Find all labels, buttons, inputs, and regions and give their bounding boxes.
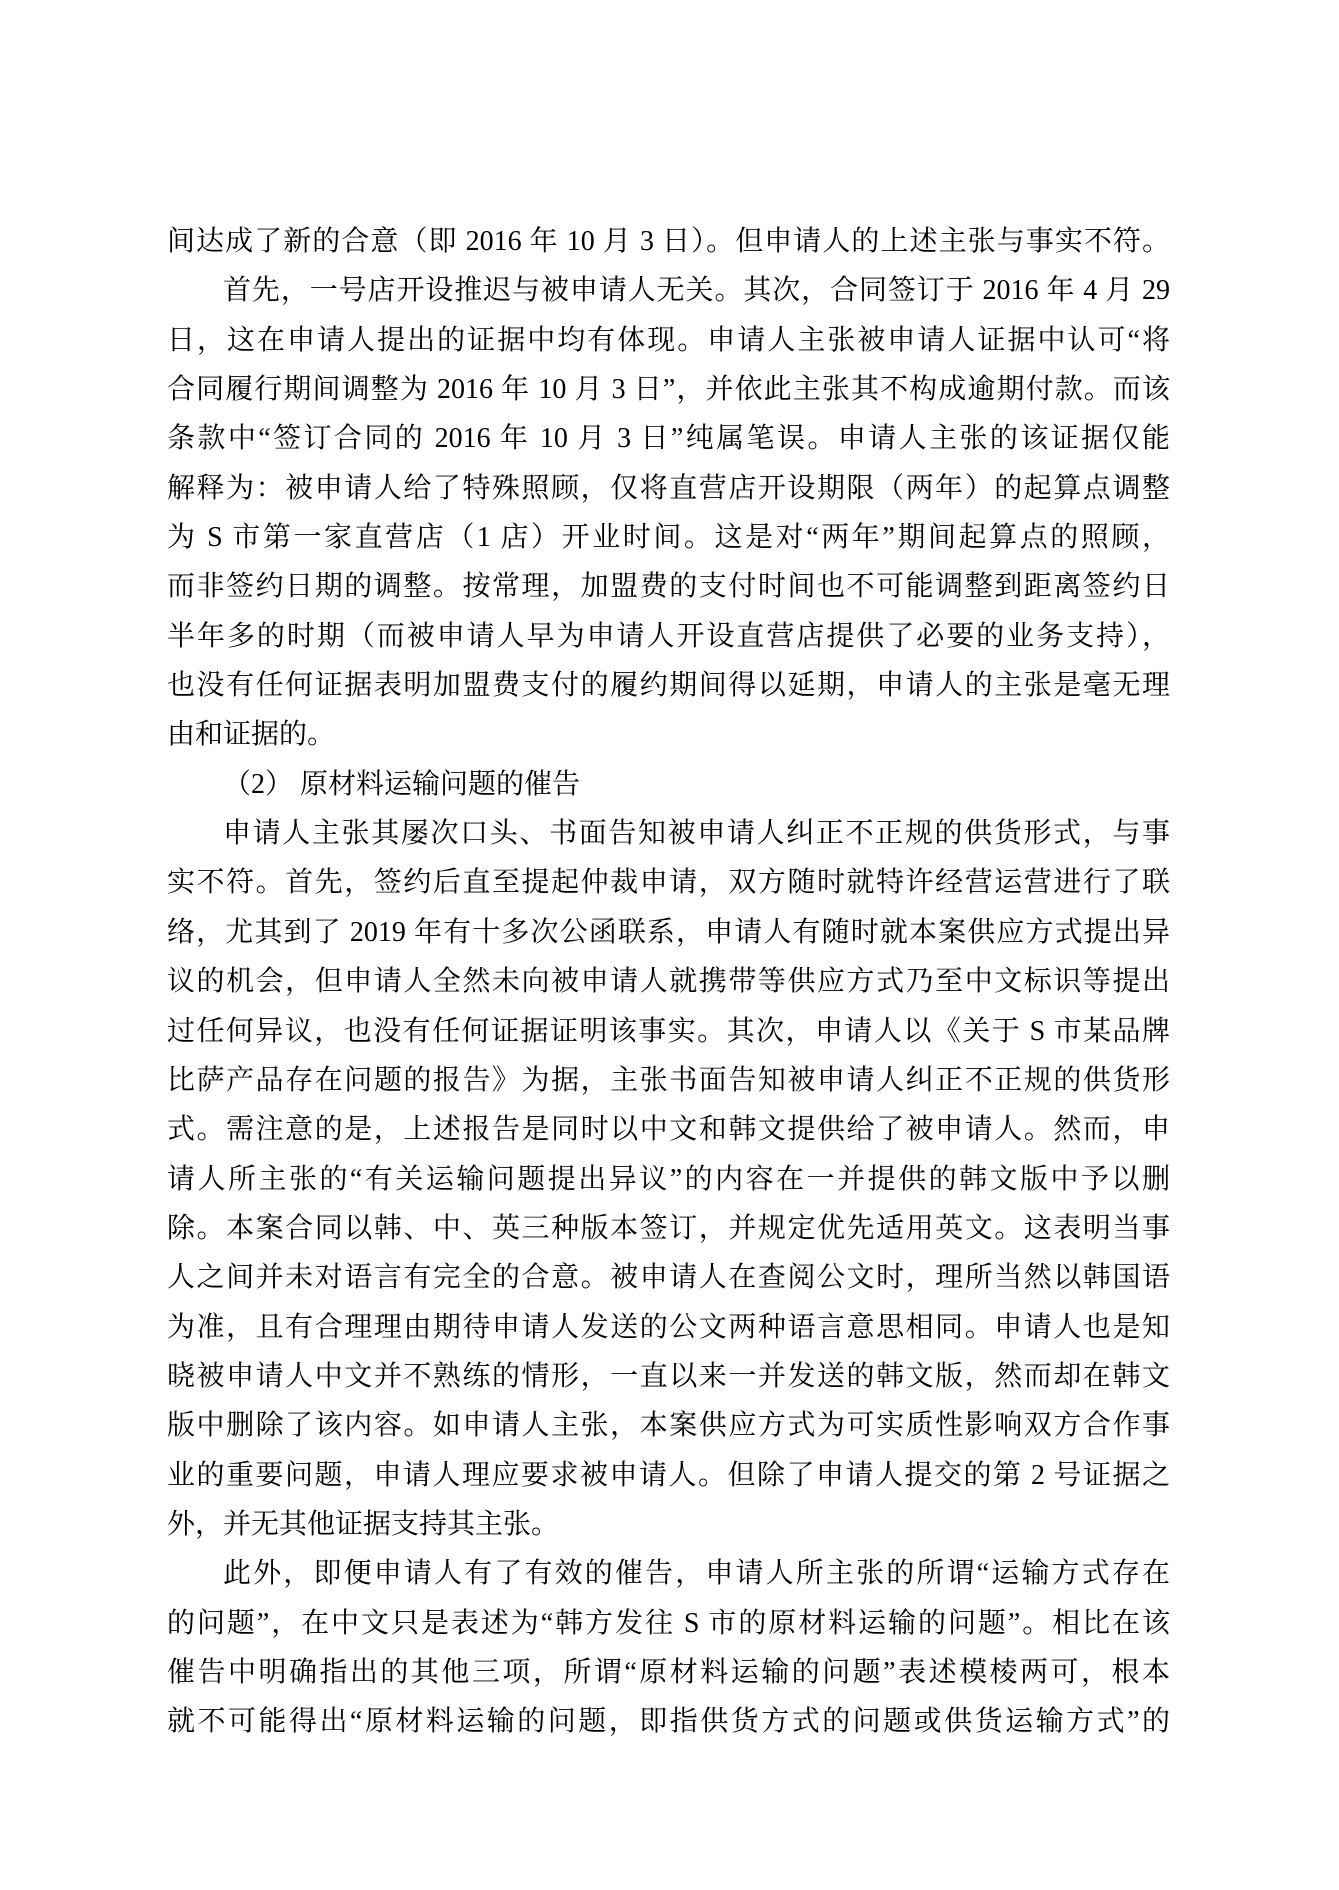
text-line: 合同履行期间调整为 2016 年 10 月 3 日”，并依此主张其不构成逾期付款… [167,365,1170,414]
text-line: 的问题”，在中文只是表述为“韩方发往 S 市的原材料运输的问题”。相比在该 [167,1599,1170,1648]
text-line: 议的机会，但申请人全然未向被申请人就携带等供应方式乃至中文标识等提出 [167,957,1170,1006]
text-line: 间达成了新的合意（即 2016 年 10 月 3 日）。但申请人的上述主张与事实… [167,217,1170,266]
text-line: 也没有任何证据表明加盟费支付的履约期间得以延期，申请人的主张是毫无理 [167,661,1170,710]
text-line: 实不符。首先，签约后直至提起仲裁申请，双方随时就特许经营运营进行了联 [167,858,1170,907]
text-line: 晓被申请人中文并不熟练的情形，一直以来一并发送的韩文版，然而却在韩文 [167,1352,1170,1401]
text-line: 人之间并未对语言有完全的合意。被申请人在查阅公文时，理所当然以韩国语 [167,1253,1170,1302]
text-line: 解释为：被申请人给了特殊照顾，仅将直营店开设期限（两年）的起算点调整 [167,464,1170,513]
document-page: 间达成了新的合意（即 2016 年 10 月 3 日）。但申请人的上述主张与事实… [0,0,1339,1890]
text-line: 外，并无其他证据支持其主张。 [167,1500,1170,1549]
text-line: 式。需注意的是，上述报告是同时以中文和韩文提供给了被申请人。然而，申 [167,1105,1170,1154]
text-line: 而非签约日期的调整。按常理，加盟费的支付时间也不可能调整到距离签约日 [167,562,1170,611]
text-line: 版中删除了该内容。如申请人主张，本案供应方式为可实质性影响双方合作事 [167,1401,1170,1450]
text-line: 请人所主张的“有关运输问题提出异议”的内容在一并提供的韩文版中予以删 [167,1155,1170,1204]
text-line: 为准，且有合理理由期待申请人发送的公文两种语言意思相同。申请人也是知 [167,1303,1170,1352]
text-line: 日，这在申请人提出的证据中均有体现。申请人主张被申请人证据中认可“将 [167,316,1170,365]
text-body: 间达成了新的合意（即 2016 年 10 月 3 日）。但申请人的上述主张与事实… [167,217,1170,1747]
text-line: 业的重要问题，申请人理应要求被申请人。但除了申请人提交的第 2 号证据之 [167,1451,1170,1500]
text-line: （2） 原材料运输问题的催告 [167,760,1170,809]
text-line: 条款中“签订合同的 2016 年 10 月 3 日”纯属笔误。申请人主张的该证据… [167,414,1170,463]
text-line: 比萨产品存在问题的报告》为据，主张书面告知被申请人纠正不正规的供货形 [167,1056,1170,1105]
text-line: 申请人主张其屡次口头、书面告知被申请人纠正不正规的供货形式，与事 [167,809,1170,858]
text-line: 由和证据的。 [167,710,1170,759]
text-line: 过任何异议，也没有任何证据证明该事实。其次，申请人以《关于 S 市某品牌 [167,1007,1170,1056]
text-line: 半年多的时期（而被申请人早为申请人开设直营店提供了必要的业务支持）， [167,612,1170,661]
text-line: 除。本案合同以韩、中、英三种版本签订，并规定优先适用英文。这表明当事 [167,1204,1170,1253]
text-line: 催告中明确指出的其他三项，所谓“原材料运输的问题”表述模棱两可，根本 [167,1648,1170,1697]
text-line: 首先，一号店开设推迟与被申请人无关。其次，合同签订于 2016 年 4 月 29 [167,266,1170,315]
text-line: 此外，即便申请人有了有效的催告，申请人所主张的所谓“运输方式存在 [167,1549,1170,1598]
text-line: 就不可能得出“原材料运输的问题，即指供货方式的问题或供货运输方式”的 [167,1697,1170,1746]
text-line: 络，尤其到了 2019 年有十多次公函联系，申请人有随时就本案供应方式提出异 [167,908,1170,957]
text-line: 为 S 市第一家直营店（1 店）开业时间。这是对“两年”期间起算点的照顾， [167,513,1170,562]
